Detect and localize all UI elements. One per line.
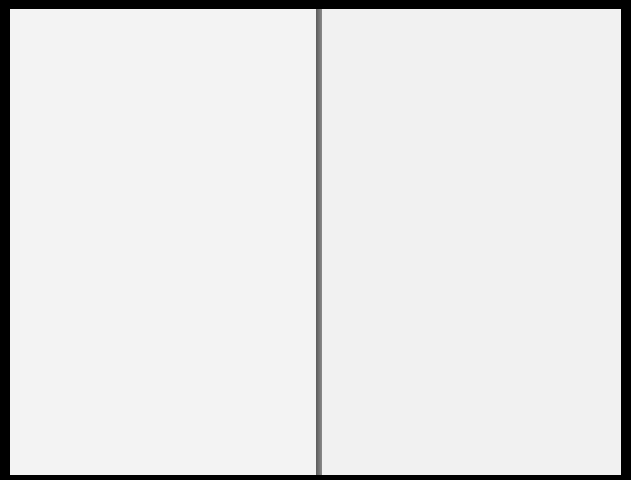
- right-page: C Départementdu Calvados Canton de Brett…: [322, 9, 621, 475]
- left-page-blank: [10, 9, 316, 475]
